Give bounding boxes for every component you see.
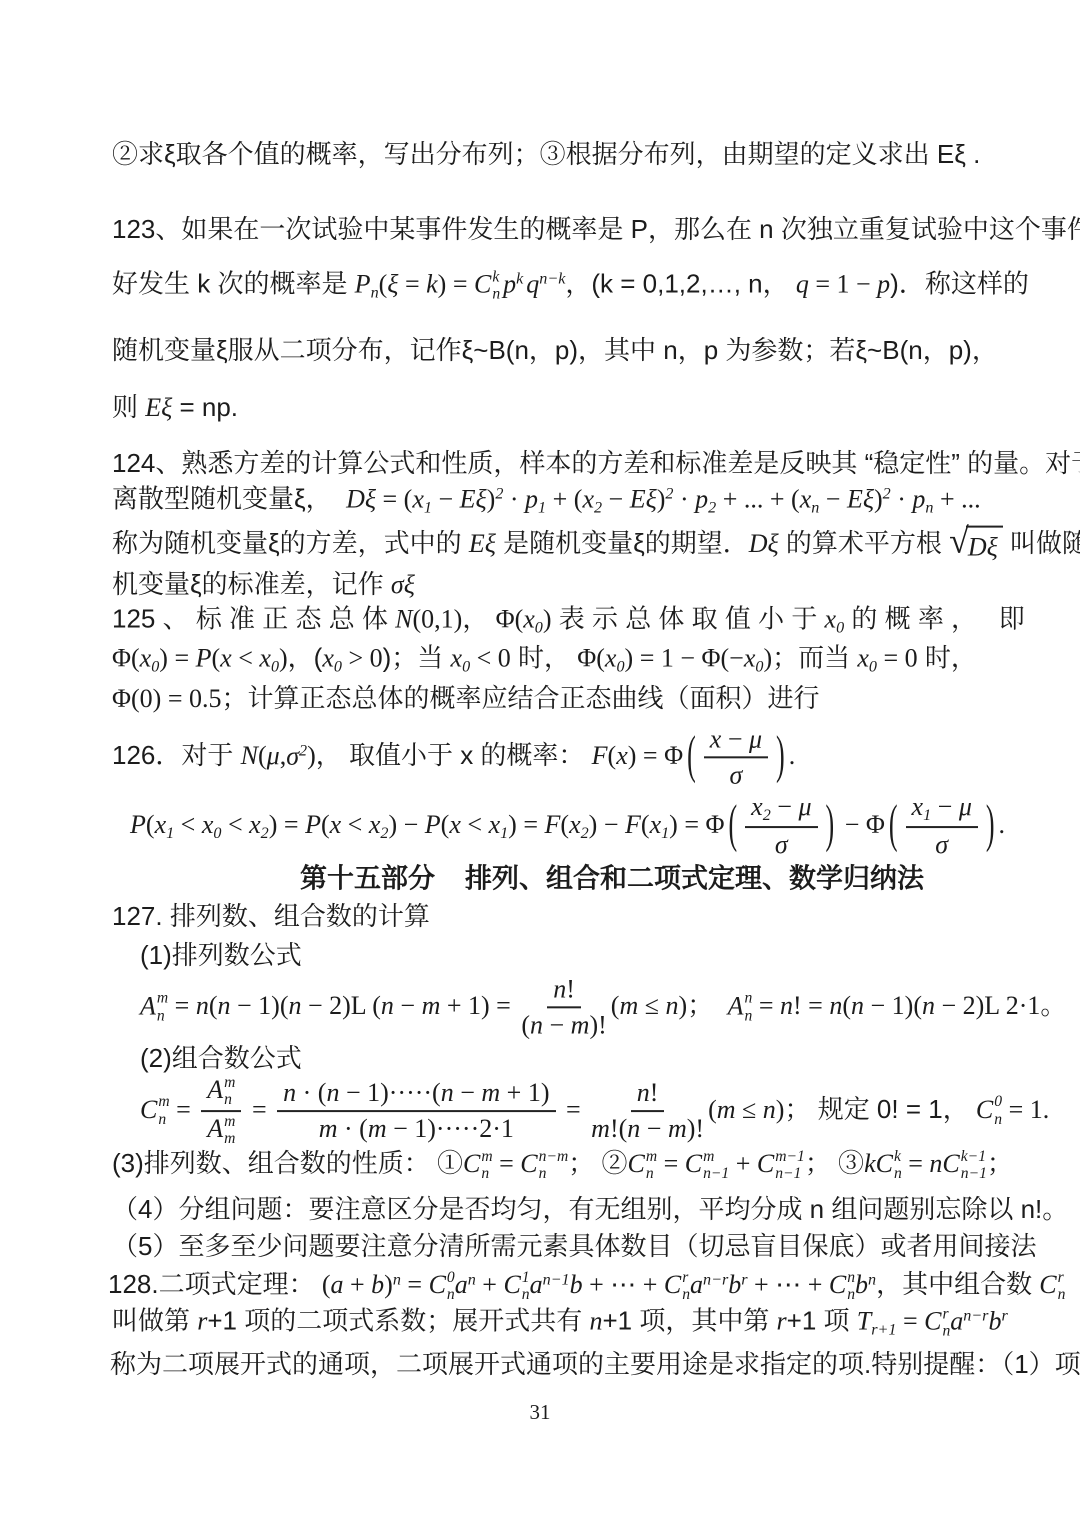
math-operator: + — [344, 1270, 372, 1299]
math-variable: P — [196, 643, 212, 672]
scripted-symbol: Ann — [728, 990, 753, 1020]
math-operator: ( — [209, 991, 218, 1020]
sup-sub-stack: 1n — [522, 1269, 530, 1304]
math-operator: − 1)·····2·1 — [387, 1114, 514, 1143]
scripted-symbol: Amn — [207, 1074, 235, 1104]
math-variable: A — [207, 1114, 223, 1143]
superscript: 0 — [994, 1094, 1002, 1111]
math-variable: ξ — [387, 269, 398, 298]
math-variable: A — [728, 991, 744, 1020]
math-operator: = — [752, 991, 780, 1020]
text-run: 123、如果在一次试验中某事件发生的概率是 P，那么在 n 次独立重复试验中这个… — [112, 214, 1080, 244]
line-126-formula: 126．对于 N(μ,σ2)， 取值小于 x 的概率： F(x) = Φ(x −… — [112, 723, 795, 790]
fraction: n · (n − 1)·····(n − m + 1)m · (m − 1)··… — [277, 1077, 555, 1144]
scripted-symbol: x0 — [605, 642, 625, 672]
superscript: n−1 — [543, 1271, 570, 1288]
fraction: n!(n − m)! — [521, 973, 606, 1040]
subscript: n — [894, 1165, 902, 1182]
math-variable: Dξ — [968, 533, 998, 562]
math-variable: b — [728, 1270, 741, 1299]
math-operator: · ( — [296, 1078, 326, 1107]
math-operator: − 1)·····( — [339, 1078, 440, 1107]
math-variable: n — [326, 1078, 339, 1107]
math-variable: σ — [286, 741, 299, 770]
subscript: n — [539, 1165, 547, 1182]
subscript: 0 — [334, 659, 342, 676]
scripted-symbol: x0 — [322, 642, 342, 672]
math-variable: x — [489, 810, 501, 839]
math-variable: m — [368, 1114, 387, 1143]
math-variable: Eξ — [630, 484, 657, 513]
sup-sub-stack: kn — [492, 268, 500, 303]
math-variable: C — [876, 1149, 893, 1178]
math-operator: ) — [543, 604, 552, 633]
line-127-3-properties: (3)排列数、组合数的性质： ①Cmn = Cn−mn； ②Cmn = Cmn−… — [112, 1147, 1013, 1183]
math-operator: ! = — [793, 991, 829, 1020]
left-paren: ( — [687, 720, 696, 789]
subscript: 1 — [500, 825, 508, 842]
math-variable: q — [796, 269, 809, 298]
math-variable: σ — [935, 830, 948, 859]
scripted-symbol: C1n — [503, 1269, 529, 1299]
math-variable: x — [412, 484, 424, 513]
scripted-symbol: Cn−mn — [520, 1148, 568, 1178]
math-variable: C — [976, 1095, 993, 1124]
math-operator: + ( — [546, 484, 582, 513]
math-variable: x — [616, 741, 628, 770]
subscript: 1 — [538, 500, 546, 517]
math-variable: m — [717, 1095, 736, 1124]
math-operator: · — [673, 484, 695, 513]
math-operator: ( — [708, 1095, 717, 1124]
math-variable: σξ — [391, 570, 415, 599]
line-125-intro: 125 、 标 准 正 态 总 体 N(0,1)， Φ(x0) 表 示 总 体 … — [112, 602, 1025, 639]
math-variable: m — [422, 991, 441, 1020]
radicand: Dξ — [966, 526, 1003, 565]
subscript: n — [994, 1111, 1002, 1128]
sup-sub-stack: m−1n−1 — [775, 1148, 805, 1183]
fraction: AmnAmm — [201, 1074, 241, 1148]
math-variable: Eξ — [460, 484, 487, 513]
math-variable: m — [668, 1114, 687, 1143]
superscript: k — [516, 271, 523, 288]
line-127-4-grouping: （4）分组问题：要注意区分是否均匀，有无组别，平均分成 n 组问题别忘除以 n!… — [112, 1193, 1068, 1227]
math-variable: r — [197, 1306, 207, 1335]
math-variable: A — [140, 991, 156, 1020]
scripted-symbol: xn — [800, 483, 820, 513]
math-operator: − — [432, 484, 460, 513]
text-run: ； — [687, 990, 727, 1020]
sup-sub-stack: rn — [1058, 1269, 1066, 1304]
scripted-symbol: x1 — [155, 809, 175, 839]
math-variable: Eξ — [145, 393, 172, 422]
math-operator: = — [493, 1149, 521, 1178]
sup-sub-stack: mn — [481, 1148, 492, 1183]
math-variable: F — [592, 741, 608, 770]
text-run: 表 示 总 体 取 值 小 于 — [552, 603, 825, 633]
superscript: k−1 — [961, 1148, 986, 1165]
text-run: 时， — [511, 642, 577, 672]
text-run: ；计算正态总体的概率应结合正态曲线（面积）进行 — [221, 683, 819, 713]
text-run: （4）分组问题：要注意区分是否均匀，有无组别，平均分成 n 组问题别忘除以 n!… — [112, 1194, 1068, 1224]
sup-sub-stack: mn — [158, 1094, 169, 1129]
scripted-symbol: C0n — [429, 1269, 455, 1299]
text-run: 128.二项式定理： — [108, 1269, 322, 1299]
scripted-symbol: Pn — [355, 268, 379, 298]
math-operator: ) = — [159, 643, 195, 672]
math-variable: Dξ — [346, 484, 376, 513]
superscript: m−1 — [775, 1148, 805, 1165]
fraction-denominator: σ — [729, 758, 742, 791]
sup-sub-stack: mm — [224, 1113, 235, 1148]
math-operator: Φ( — [496, 604, 524, 633]
subscript: n — [646, 1165, 654, 1182]
math-operator: − — [543, 1010, 571, 1039]
math-variable: k — [864, 1149, 876, 1178]
math-variable: P — [130, 810, 146, 839]
text-run: +1 项的二项式系数；展开式共有 — [207, 1305, 589, 1335]
math-operator: ≤ — [638, 991, 665, 1020]
scripted-symbol: σ2 — [286, 740, 307, 770]
scripted-symbol: pn — [912, 483, 933, 513]
math-operator: = — [170, 1095, 198, 1124]
text-run: 是随机变量ξ的期望． — [496, 528, 749, 558]
scripted-symbol: Crn — [664, 1269, 690, 1299]
math-operator: ) = — [269, 810, 305, 839]
math-variable: T — [857, 1306, 871, 1335]
scripted-symbol: Amm — [207, 1113, 235, 1143]
scripted-symbol: qn−k — [526, 268, 565, 298]
text-run: ，其中组合数 — [876, 1269, 1039, 1299]
superscript: m — [481, 1148, 492, 1165]
scripted-symbol: an−r — [690, 1269, 728, 1299]
math-variable: C — [924, 1306, 941, 1335]
text-run: 的算术平方根 — [779, 528, 949, 558]
line-125-phi-zero: Φ(0) = 0.5；计算正态总体的概率应结合正态曲线（面积）进行 — [112, 682, 820, 716]
superscript: m — [646, 1148, 657, 1165]
math-variable: n — [922, 991, 935, 1020]
math-variable: C — [829, 1270, 846, 1299]
line-128-general-term: 称为二项展开式的通项，二项展开式通项的主要用途是求指定的项.特别提醒：（1）项的 — [110, 1348, 1080, 1382]
subscript: 1 — [166, 825, 174, 842]
sup-sub-stack: k−1n−1 — [961, 1148, 987, 1183]
subscript: n — [481, 1165, 489, 1182]
subscript: n−1 — [961, 1165, 987, 1182]
subscript: n — [847, 1286, 855, 1303]
scripted-symbol: x0 — [523, 603, 543, 633]
math-variable: x — [155, 810, 167, 839]
scripted-symbol: x0 — [259, 642, 279, 672]
math-operator: ( — [212, 643, 221, 672]
math-operator: − 1)( — [231, 991, 289, 1020]
math-operator: ) — [307, 741, 316, 770]
subscript: 2 — [261, 825, 269, 842]
math-operator: < — [341, 810, 369, 839]
math-variable: b — [988, 1306, 1001, 1335]
math-variable: n — [288, 991, 301, 1020]
math-variable: C — [1039, 1270, 1056, 1299]
math-operator: = — [657, 1149, 685, 1178]
math-operator: ) — [874, 484, 883, 513]
subscript: n — [224, 1092, 232, 1109]
math-variable: q — [526, 269, 539, 298]
math-operator: ) − — [589, 810, 625, 839]
line-127-permutation-formula: Amn = n(n − 1)(n − 2)L (n − m + 1) = n!(… — [140, 973, 1066, 1040]
scripted-symbol: x2 — [582, 483, 602, 513]
math-variable: F — [545, 810, 561, 839]
fraction: x1 − μσ — [906, 791, 978, 861]
math-variable: r — [777, 1306, 787, 1335]
math-variable: n — [530, 1010, 543, 1039]
math-operator: = — [401, 1270, 429, 1299]
subscript: n — [447, 1286, 455, 1303]
math-variable: m — [319, 1114, 338, 1143]
math-operator: + — [729, 1149, 757, 1178]
math-variable: C — [463, 1149, 480, 1178]
math-variable: x — [800, 484, 812, 513]
math-operator: = — [560, 1095, 588, 1124]
math-operator: + — [476, 1270, 504, 1299]
scripted-symbol: p1 — [525, 483, 546, 513]
math-operator: ( — [521, 1010, 530, 1039]
scripted-symbol: Cm−1n−1 — [757, 1148, 805, 1178]
text-run: 127. 排列数、组合数的计算 — [112, 901, 430, 931]
subscript: 1 — [923, 807, 931, 824]
math-operator: !( — [610, 1114, 627, 1143]
scripted-symbol: x2 — [751, 791, 771, 821]
subscript: 0 — [836, 620, 844, 637]
fraction-numerator: n · (n − 1)·····(n − m + 1) — [277, 1077, 555, 1112]
sup-sub-stack: 0n — [994, 1094, 1002, 1129]
section-heading-part15: 第十五部分排列、组合和二项式定理、数学归纳法 — [300, 861, 924, 896]
math-variable: C — [664, 1270, 681, 1299]
line-126-interval-formula: P(x1 < x0 < x2) = P(x < x2) − P(x < x1) … — [130, 791, 1005, 861]
math-operator: ( — [322, 1270, 331, 1299]
math-operator: (0,1) — [413, 604, 463, 633]
math-variable: μ — [959, 792, 972, 821]
square-root: √Dξ — [949, 526, 1003, 565]
math-variable: p — [503, 269, 516, 298]
math-operator: − — [819, 484, 847, 513]
text-run: 第十五部分 — [300, 863, 435, 893]
line-127-5-atleast: （5）至多至少问题要注意分清所需元素具体数目（切忌盲目保底）或者用间接法 — [112, 1230, 1036, 1264]
math-variable: P — [425, 810, 441, 839]
fraction-numerator: x − μ — [704, 723, 768, 758]
line-124-intro: 124、熟悉方差的计算公式和性质，样本的方差和标准差是反映其 “稳定性” 的量。… — [112, 447, 1080, 481]
math-variable: x — [912, 792, 924, 821]
math-operator: )! — [589, 1010, 606, 1039]
scripted-symbol: Ckn — [474, 268, 500, 298]
sup-sub-stack: n−mn — [539, 1148, 569, 1183]
math-variable: x — [650, 810, 662, 839]
sup-sub-stack: mn−1 — [703, 1148, 729, 1183]
scripted-symbol: x0 — [202, 809, 222, 839]
superscript: 0 — [447, 1269, 455, 1286]
math-operator: = — [245, 1095, 273, 1124]
text-run: 叫做第 — [112, 1305, 197, 1335]
line-123-intro: 123、如果在一次试验中某事件发生的概率是 P，那么在 n 次独立重复试验中这个… — [112, 213, 1080, 247]
scripted-symbol: Cmn — [627, 1148, 657, 1178]
math-variable: C — [520, 1149, 537, 1178]
fraction-numerator: n! — [547, 973, 581, 1008]
text-run: 125 、 标 准 正 态 总 体 — [112, 603, 395, 633]
text-run: 。 — [1040, 990, 1066, 1020]
superscript: r — [942, 1305, 948, 1322]
math-variable: n — [929, 1149, 942, 1178]
scripted-symbol: Amn — [140, 990, 168, 1020]
text-run: (2)组合数公式 — [140, 1043, 302, 1073]
subscript: 0 — [869, 659, 877, 676]
text-run: 则 — [112, 392, 145, 422]
text-run: ； 规定 0! = 1， — [784, 1094, 975, 1124]
math-operator: = 0 — [877, 643, 918, 672]
math-operator: − — [771, 792, 799, 821]
text-run: 称为随机变量ξ的方差，式中的 — [112, 528, 469, 558]
math-variable: p — [695, 484, 708, 513]
superscript: n−m — [539, 1148, 569, 1165]
sup-sub-stack: mn — [646, 1148, 657, 1183]
math-variable: Dξ — [749, 529, 779, 558]
scripted-symbol: br — [728, 1269, 747, 1299]
math-variable: C — [685, 1149, 702, 1178]
scripted-symbol: x2 — [369, 809, 389, 839]
text-run: (3)排列数、组合数的性质： ① — [112, 1148, 463, 1178]
sup-sub-stack: 0n — [447, 1269, 455, 1304]
right-paren: ) — [986, 789, 995, 858]
text-run: 好发生 k 次的概率是 — [112, 268, 355, 298]
math-operator: ( — [379, 269, 388, 298]
fraction-numerator: x2 − μ — [745, 791, 817, 828]
math-operator: < — [221, 810, 249, 839]
text-run: )；当 — [383, 642, 451, 672]
math-variable: x — [582, 484, 594, 513]
superscript: m — [224, 1074, 235, 1091]
math-variable: b — [570, 1270, 583, 1299]
math-variable: N — [241, 741, 258, 770]
math-variable: x — [202, 810, 214, 839]
math-variable: n — [851, 991, 864, 1020]
math-variable: σ — [775, 830, 788, 859]
math-variable: x — [751, 792, 763, 821]
sup-sub-stack: nn — [847, 1269, 855, 1304]
scripted-symbol: x1 — [412, 483, 432, 513]
scripted-symbol: x1 — [650, 809, 670, 839]
line-124-variance-formula: 离散型随机变量ξ， Dξ = (x1 − Eξ)2 · p1 + (x2 − E… — [112, 482, 981, 519]
math-variable: x — [449, 810, 461, 839]
math-variable: x — [330, 810, 342, 839]
math-operator: − — [931, 792, 959, 821]
math-operator: ! — [566, 974, 575, 1003]
math-operator: − 2)L 2·1 — [935, 991, 1040, 1020]
subscript: r+1 — [871, 1322, 896, 1339]
math-variable: b — [855, 1270, 868, 1299]
superscript: n−r — [963, 1308, 988, 1325]
scripted-symbol: Cmn−1 — [685, 1148, 729, 1178]
left-paren: ( — [729, 789, 738, 858]
subscript: n — [1058, 1286, 1066, 1303]
math-operator: ≤ — [736, 1095, 763, 1124]
math-operator: = — [398, 269, 426, 298]
math-operator: ) = Φ — [628, 741, 683, 770]
scripted-symbol: Cmn — [463, 1148, 493, 1178]
text-run: ②求ξ取各个值的概率，写出分布列；③根据分布列，由期望的定义求出 Eξ . — [112, 139, 980, 169]
subscript: n — [682, 1286, 690, 1303]
math-operator: ( — [560, 810, 569, 839]
math-operator: < 0 — [470, 643, 511, 672]
math-variable: x — [369, 810, 381, 839]
math-operator: ) = Φ — [669, 810, 724, 839]
text-run: ， 取值小于 x 的概率： — [316, 740, 592, 770]
subscript: 1 — [661, 825, 669, 842]
text-run: 称为二项展开式的通项，二项展开式通项的主要用途是求指定的项.特别提醒：（1）项的 — [110, 1349, 1080, 1379]
fraction: x2 − μσ — [745, 791, 817, 861]
subscript: n — [492, 286, 500, 303]
math-operator: − — [721, 724, 749, 753]
math-variable: x — [220, 643, 232, 672]
math-operator: = — [168, 991, 196, 1020]
math-variable: n — [666, 991, 679, 1020]
line-123-binomial-dist: 随机变量ξ服从二项分布，记作ξ~B(n，p)，其中 n，p 为参数；若ξ~B(n… — [112, 334, 998, 368]
math-operator: + ⋯ + — [583, 1270, 664, 1299]
line-127-combination-formula: Cmn = AmnAmm = n · (n − 1)·····(n − m + … — [140, 1074, 1049, 1148]
superscript: n — [847, 1269, 855, 1286]
math-variable: x — [140, 643, 152, 672]
subscript: n — [522, 1286, 530, 1303]
sup-sub-stack: mn — [157, 990, 168, 1025]
superscript: k — [894, 1148, 901, 1165]
math-variable: P — [305, 810, 321, 839]
subscript: 2 — [581, 825, 589, 842]
fraction-denominator: m · (m − 1)·····2·1 — [319, 1112, 514, 1145]
superscript: n — [868, 1271, 876, 1288]
math-variable: x — [710, 724, 722, 753]
line-128-coefficient: 叫做第 r+1 项的二项式系数；展开式共有 n+1 项，其中第 r+1 项 Tr… — [112, 1304, 1008, 1341]
fraction-numerator: n! — [631, 1077, 665, 1112]
math-operator: Φ(0) = 0.5 — [112, 684, 221, 713]
math-variable: n — [381, 991, 394, 1020]
text-run: ； — [987, 1148, 1013, 1178]
scripted-symbol: an−r — [950, 1305, 988, 1335]
math-operator: ) — [679, 991, 688, 1020]
math-variable: p — [912, 484, 925, 513]
math-operator: < — [174, 810, 202, 839]
math-variable: m — [591, 1114, 610, 1143]
superscript: r — [1058, 1269, 1064, 1286]
superscript: n−r — [703, 1271, 728, 1288]
math-operator: + ... — [933, 484, 980, 513]
math-variable: x — [259, 643, 271, 672]
math-operator: · ( — [338, 1114, 368, 1143]
scripted-symbol: Ck−1n−1 — [942, 1148, 986, 1178]
superscript: n — [468, 1271, 476, 1288]
math-variable: x — [569, 810, 581, 839]
math-operator: · — [503, 484, 525, 513]
math-variable: n — [627, 1114, 640, 1143]
text-run: 124、熟悉方差的计算公式和性质，样本的方差和标准差是反映其 “稳定性” 的量。… — [112, 448, 1080, 478]
math-operator: + 1) = — [440, 991, 517, 1020]
subscript: 0 — [271, 659, 279, 676]
math-operator: . — [789, 741, 796, 770]
scripted-symbol: an−1 — [530, 1269, 570, 1299]
scripted-symbol: x0 — [140, 642, 160, 672]
math-variable: m — [481, 1078, 500, 1107]
subscript: n — [157, 1007, 165, 1024]
superscript: 1 — [522, 1269, 530, 1286]
text-run: ；而当 — [772, 642, 857, 672]
line-123-formula: 好发生 k 次的概率是 Pn(ξ = k) = Cknpkqn−k，(k = 0… — [112, 267, 1029, 304]
math-operator: Φ( — [112, 643, 140, 672]
math-variable: σ — [729, 760, 742, 789]
